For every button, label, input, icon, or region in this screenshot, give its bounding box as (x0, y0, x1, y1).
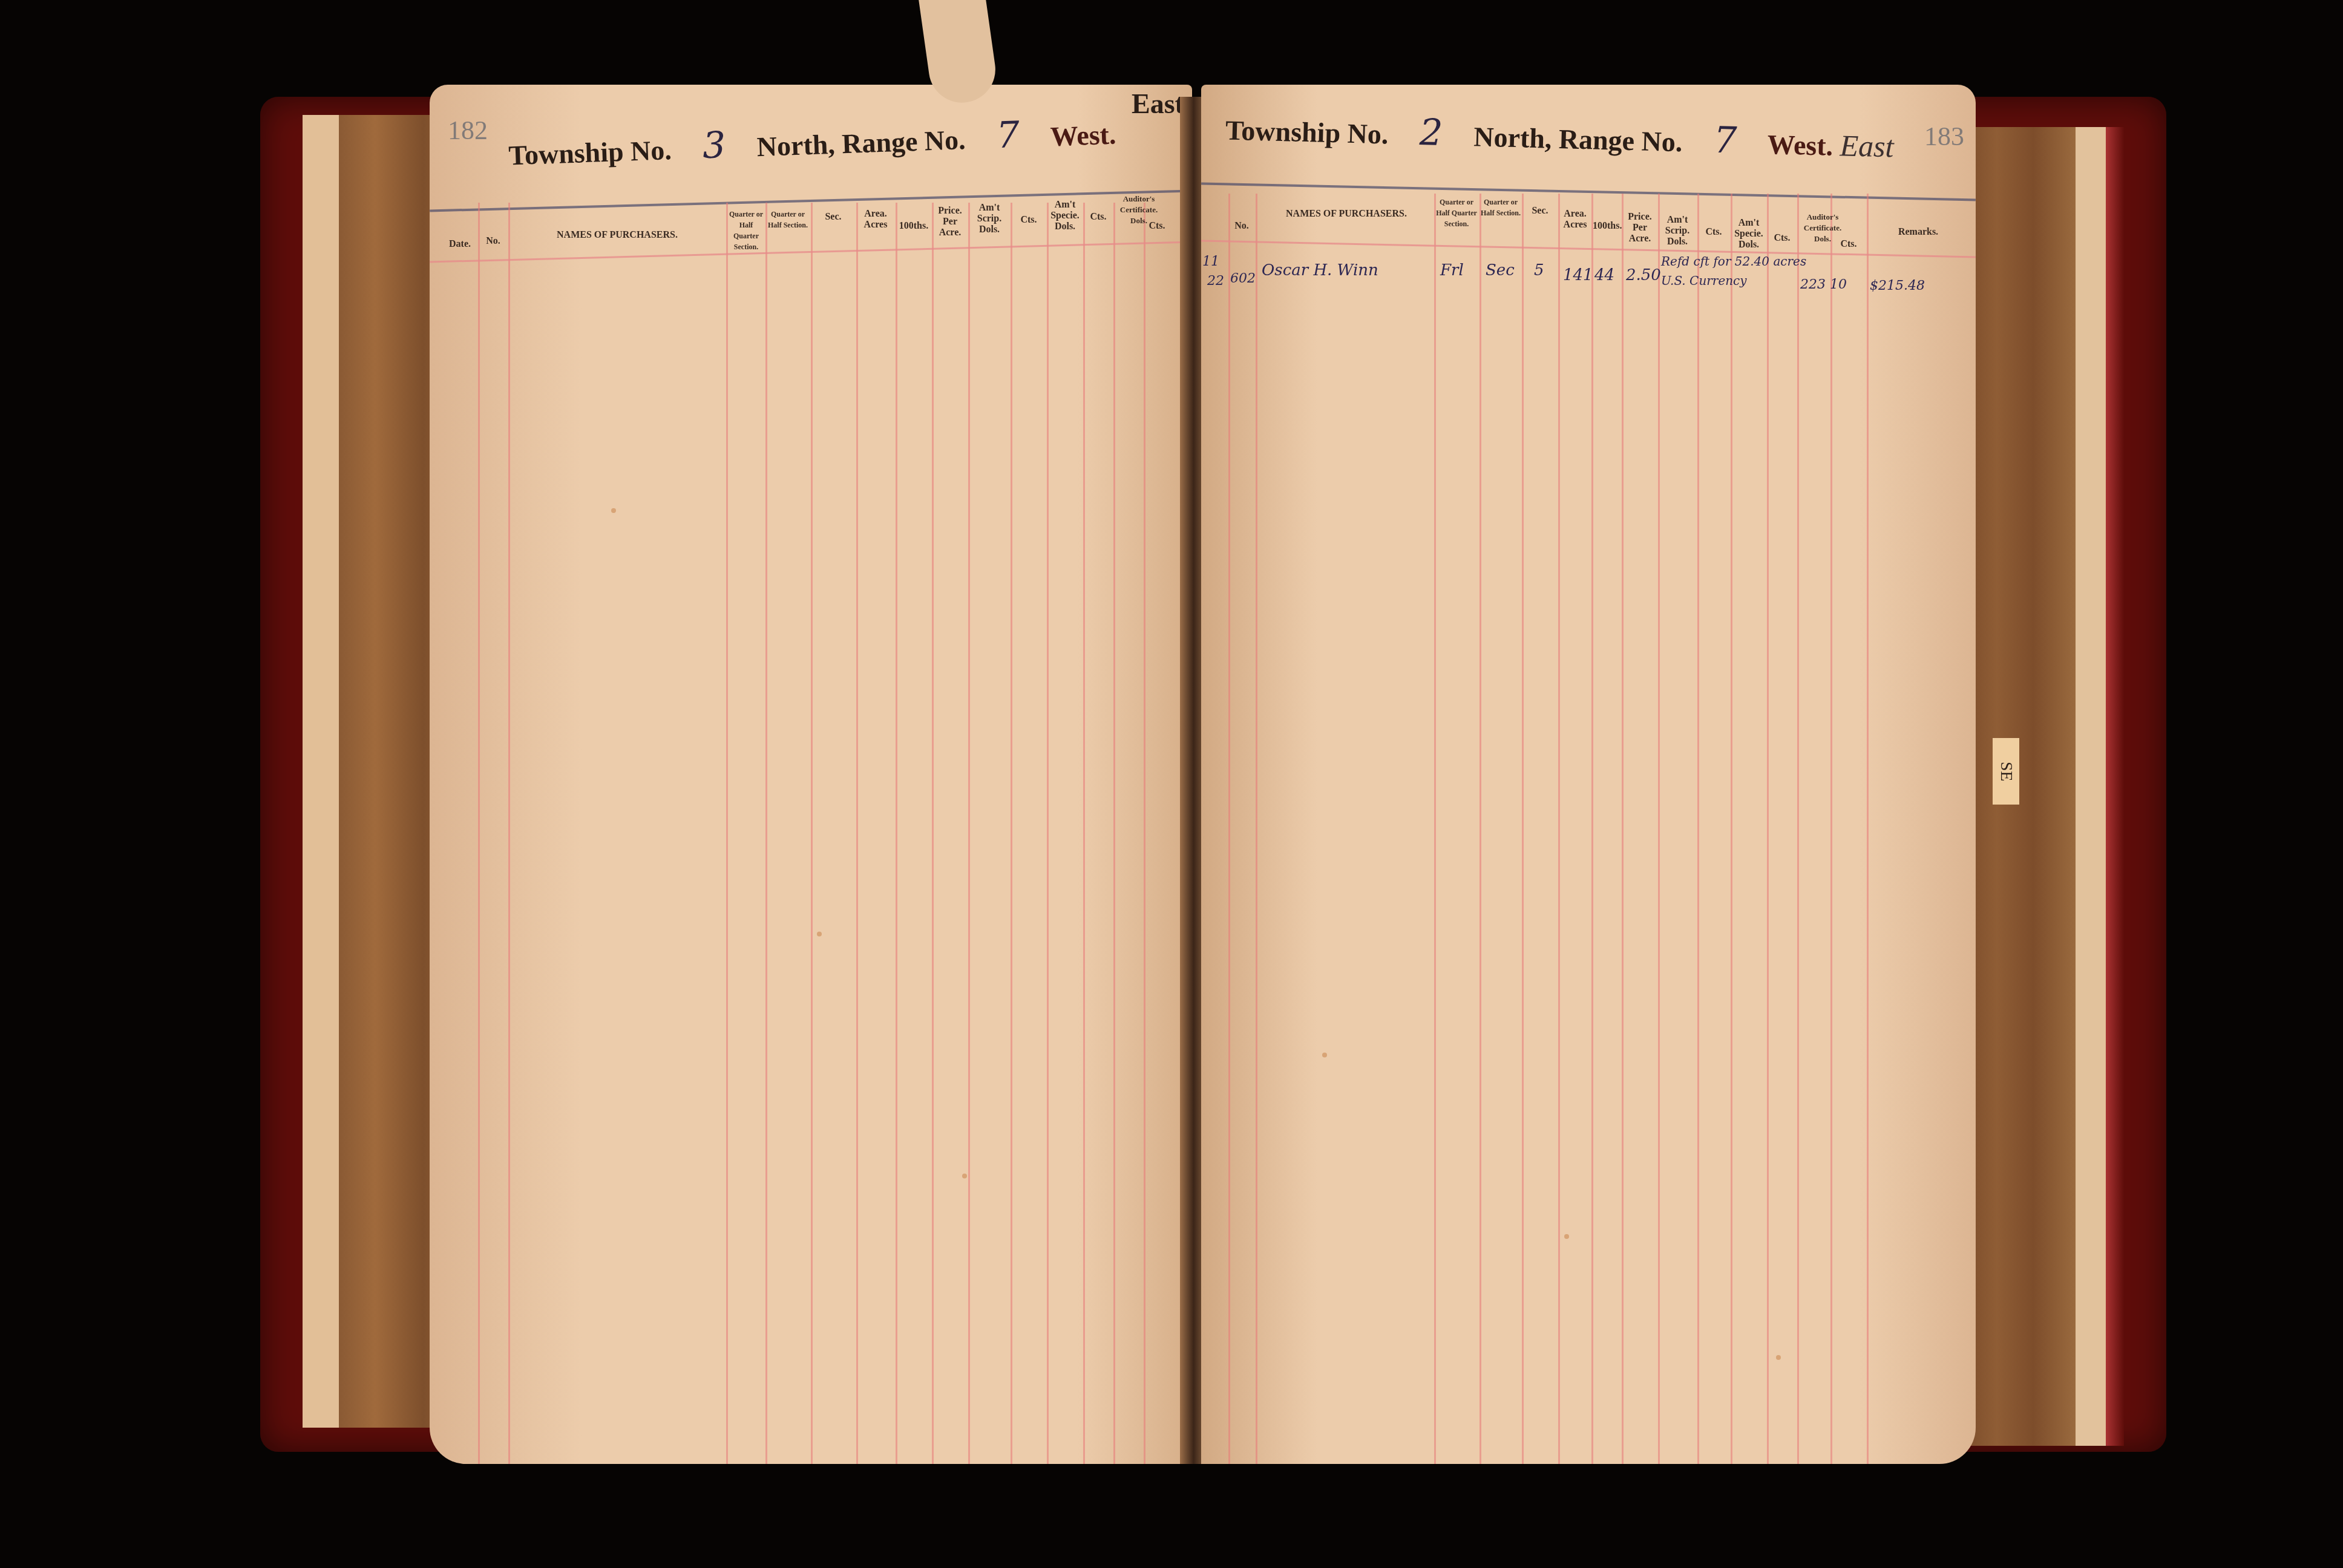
col-header-remarks: Remarks. (1870, 227, 1967, 238)
north-range-label: North, Range No. (756, 124, 966, 162)
right-page-number: 183 (1924, 121, 1964, 152)
entry-remarks: $215.48 (1870, 278, 1925, 293)
col-header-qh: Quarter or Half Section. (767, 209, 809, 230)
entry-hundredths: 44 (1594, 266, 1614, 284)
direction-printed: West. (1767, 129, 1833, 162)
direction-handwritten: East (1840, 128, 1894, 163)
column-rule (1047, 203, 1049, 1464)
col-header-specie-cts: Cts. (1084, 212, 1112, 223)
column-rule (811, 203, 813, 1464)
col-header-scrip-cts: Cts. (1699, 227, 1729, 238)
col-header-qhq: Quarter or Half Quarter Section. (727, 209, 765, 252)
col-header-scrip-cts: Cts. (1012, 215, 1046, 226)
col-header-sec: Sec. (1523, 206, 1557, 217)
right-columns: No. NAMES OF PURCHASERS. Quarter or Half… (1201, 194, 1976, 1464)
col-header-auditor-cts: Cts. (1145, 221, 1169, 232)
range-value: 7 (1713, 119, 1737, 162)
column-rule (1767, 194, 1769, 1464)
col-header-auditor-cts: Cts. (1832, 239, 1866, 250)
column-rule (726, 203, 728, 1464)
foxing-spot (817, 932, 822, 936)
foxing-spot (1776, 1355, 1781, 1360)
col-header-scrip: Am't Scrip. Dols. (1659, 215, 1696, 247)
col-header-specie-cts: Cts. (1768, 233, 1796, 244)
entry-acres: 141 (1563, 266, 1593, 284)
col-header-acres: Area. Acres (857, 209, 894, 230)
column-rule (1591, 194, 1593, 1464)
column-rule (1083, 203, 1085, 1464)
foxing-spot (962, 1174, 967, 1178)
col-header-date: Date. (442, 239, 478, 250)
right-page: Township No. 2 North, Range No. 7 West. … (1201, 85, 1976, 1464)
right-page-block (1961, 127, 2124, 1446)
col-header-100ths: 100ths. (897, 221, 931, 232)
column-rule (856, 203, 858, 1464)
column-rule (1434, 194, 1436, 1464)
col-header-scrip: Am't Scrip. Dols. (969, 203, 1009, 235)
col-header-sec: Sec. (812, 212, 854, 223)
entry-purchaser: Oscar H. Winn (1262, 261, 1378, 279)
edge-index-tab: SE (1993, 738, 2019, 805)
foxing-spot (1564, 1234, 1569, 1239)
left-page-number: 182 (448, 115, 488, 146)
entry-qhq: Frl (1440, 261, 1464, 279)
column-rule (968, 203, 970, 1464)
entry-auditor-certificate: 223 10 (1800, 277, 1847, 292)
column-rule (1480, 194, 1481, 1464)
col-header-specie: Am't Specie. Dols. (1048, 200, 1082, 232)
column-rule (1228, 194, 1230, 1464)
column-rule (1731, 194, 1732, 1464)
direction-handwritten: East (1132, 88, 1184, 120)
entry-sec: 5 (1534, 261, 1544, 279)
column-rule (1113, 203, 1115, 1464)
column-rule (1797, 194, 1799, 1464)
column-rule (1830, 194, 1832, 1464)
left-page-title: Township No. 3 North, Range No. 7 West. (508, 110, 1116, 174)
column-rule (932, 203, 934, 1464)
column-rule (1558, 194, 1560, 1464)
col-header-qhq: Quarter or Half Quarter Section. (1435, 197, 1478, 229)
column-rule (1697, 194, 1699, 1464)
township-label: Township No. (508, 134, 672, 171)
entry-currency-note: U.S. Currency (1661, 273, 1747, 288)
col-header-purchasers: NAMES OF PURCHASERS. (514, 230, 720, 241)
range-value: 7 (996, 114, 1021, 157)
column-rule (478, 203, 480, 1464)
township-value: 2 (1419, 111, 1443, 154)
col-header-no: No. (1230, 221, 1254, 232)
left-columns: Date. No. NAMES OF PURCHASERS. Quarter o… (430, 203, 1192, 1464)
column-rule (508, 203, 510, 1464)
column-rule (1522, 194, 1524, 1464)
column-rule (765, 203, 767, 1464)
column-rule (1144, 203, 1145, 1464)
direction-printed: West. (1050, 119, 1116, 152)
column-rule (1011, 203, 1012, 1464)
col-header-no: No. (481, 236, 505, 247)
township-label: Township No. (1225, 115, 1389, 150)
column-rule (1658, 194, 1660, 1464)
left-flyleaf (303, 115, 339, 1428)
col-header-price: Price. Per Acre. (1623, 212, 1657, 244)
column-rule (1622, 194, 1624, 1464)
col-header-price: Price. Per Acre. (933, 206, 967, 238)
col-header-specie: Am't Specie. Dols. (1732, 218, 1766, 250)
left-page-block (303, 115, 448, 1428)
col-header-purchasers: NAMES OF PURCHASERS. (1262, 209, 1431, 220)
foxing-spot (611, 508, 616, 513)
entry-date-month: 11 (1202, 254, 1219, 269)
col-header-100ths: 100ths. (1593, 221, 1620, 232)
col-header-acres: Area. Acres (1559, 209, 1591, 230)
north-range-label: North, Range No. (1473, 121, 1683, 157)
entry-scrip-note: Refd cft for 52.40 acres (1661, 254, 1806, 269)
entry-no: 602 (1230, 271, 1256, 286)
entry-qh: Sec (1486, 261, 1515, 279)
entry-date-day: 22 (1207, 273, 1224, 289)
entry-price: 2.50 (1626, 266, 1661, 284)
right-page-title: Township No. 2 North, Range No. 7 West. … (1225, 106, 1894, 166)
foxing-spot (1322, 1053, 1327, 1057)
column-rule (896, 203, 897, 1464)
left-page: 182 Township No. 3 North, Range No. 7 We… (430, 85, 1192, 1464)
column-rule (1256, 194, 1257, 1464)
township-value: 3 (702, 124, 727, 167)
col-header-qh: Quarter or Half Section. (1481, 197, 1521, 218)
column-rule (1867, 194, 1869, 1464)
